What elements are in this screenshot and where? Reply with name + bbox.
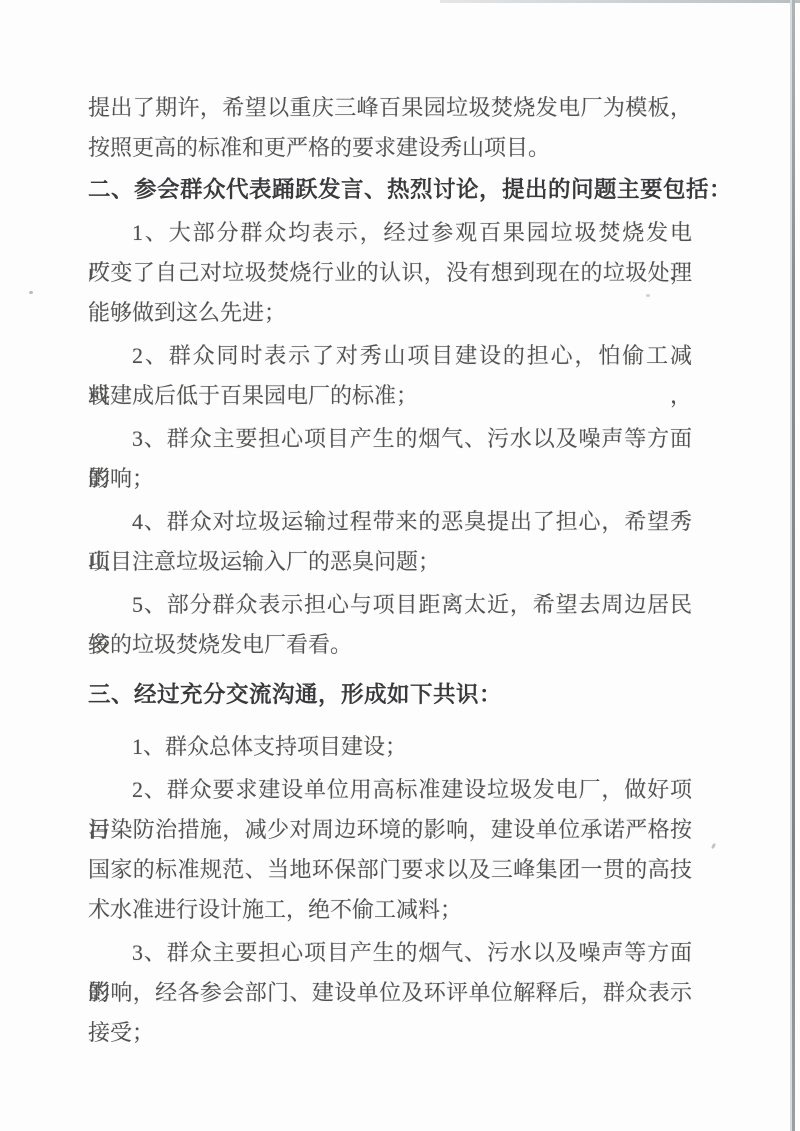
text-line: 能够做到这么先进； [88, 293, 692, 333]
scan-edge-artifact-top [440, 0, 800, 3]
text-line: 术水准进行设计施工，绝不偷工减料； [88, 890, 692, 930]
text-line: 2、群众要求建设单位用高标准建设垃圾发电厂，做好项目 [88, 770, 692, 810]
paragraph: 2、群众要求建设单位用高标准建设垃圾发电厂，做好项目污染防治措施，减少对周边环境… [88, 770, 692, 930]
text-line: 3、群众主要担心项目产生的烟气、污水以及噪声等方面的 [88, 419, 692, 459]
section-heading: 二、参会群众代表踊跃发言、热烈讨论，提出的问题主要包括： [88, 170, 692, 210]
text-line: 二、参会群众代表踊跃发言、热烈讨论，提出的问题主要包括： [88, 170, 692, 210]
text-line: 1、群众总体支持项目建设； [88, 727, 692, 767]
scan-speck [29, 291, 33, 294]
paragraph: 提出了期许，希望以重庆三峰百果园垃圾焚烧发电厂为模板，按照更高的标准和更严格的要… [88, 88, 692, 168]
paragraph: 3、群众主要担心项目产生的烟气、污水以及噪声等方面的影响，经各参会部门、建设单位… [88, 933, 692, 1053]
text-line: 3、群众主要担心项目产生的烟气、污水以及噪声等方面的 [88, 933, 692, 973]
text-line: 改变了自己对垃圾焚烧行业的认识，没有想到现在的垃圾处理 [88, 253, 692, 293]
text-line: 污染防治措施，减少对周边环境的影响，建设单位承诺严格按 [88, 810, 692, 850]
text-line: 影响，经各参会部门、建设单位及环评单位解释后，群众表示 [88, 973, 692, 1013]
scan-speck [711, 843, 717, 850]
paragraph: 1、群众总体支持项目建设； [88, 727, 692, 767]
text-line: 影响； [88, 459, 692, 499]
text-line: 多的垃圾焚烧发电厂看看。 [88, 625, 692, 665]
paragraph: 1、大部分群众均表示，经过参观百果园垃圾焚烧发电厂，改变了自己对垃圾焚烧行业的认… [88, 213, 692, 333]
paragraph: 5、部分群众表示担心与项目距离太近，希望去周边居民较多的垃圾焚烧发电厂看看。 [88, 585, 692, 665]
text-line: 5、部分群众表示担心与项目距离太近，希望去周边居民较 [88, 585, 692, 625]
text-line: 4、群众对垃圾运输过程带来的恶臭提出了担心，希望秀山 [88, 502, 692, 542]
paragraph: 4、群众对垃圾运输过程带来的恶臭提出了担心，希望秀山项目注意垃圾运输入厂的恶臭问… [88, 502, 692, 582]
scanned-document-page: 提出了期许，希望以重庆三峰百果园垃圾焚烧发电厂为模板，按照更高的标准和更严格的要… [0, 0, 800, 1131]
document-text-block: 提出了期许，希望以重庆三峰百果园垃圾焚烧发电厂为模板，按照更高的标准和更严格的要… [88, 88, 692, 1053]
text-line: 2、群众同时表示了对秀山项目建设的担心，怕偷工减料， [88, 336, 692, 376]
text-line: 接受； [88, 1013, 692, 1053]
scan-edge-artifact-right [792, 0, 795, 1131]
text-line: 三、经过充分交流沟通，形成如下共识： [88, 675, 692, 715]
text-line: 国家的标准规范、当地环保部门要求以及三峰集团一贯的高技 [88, 850, 692, 890]
paragraph: 2、群众同时表示了对秀山项目建设的担心，怕偷工减料，或建成后低于百果园电厂的标准… [88, 336, 692, 416]
text-line: 1、大部分群众均表示，经过参观百果园垃圾焚烧发电厂， [88, 213, 692, 253]
text-line: 项目注意垃圾运输入厂的恶臭问题； [88, 542, 692, 582]
paragraph: 3、群众主要担心项目产生的烟气、污水以及噪声等方面的影响； [88, 419, 692, 499]
text-line: 提出了期许，希望以重庆三峰百果园垃圾焚烧发电厂为模板， [88, 88, 692, 128]
text-line: 按照更高的标准和更严格的要求建设秀山项目。 [88, 128, 692, 168]
section-heading: 三、经过充分交流沟通，形成如下共识： [88, 675, 692, 715]
